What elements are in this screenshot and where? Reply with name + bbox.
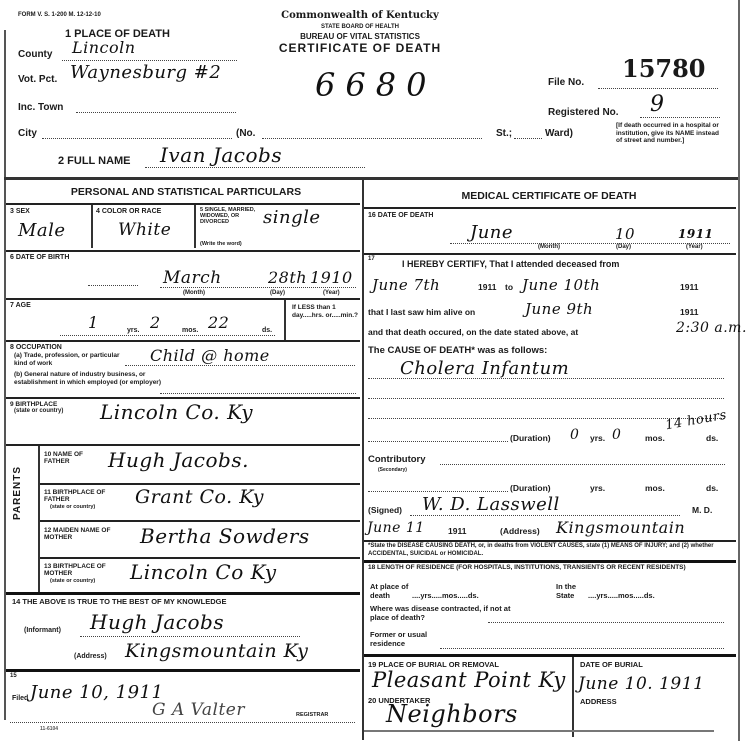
occupation-value: Child @ home <box>150 346 270 365</box>
occupation-a-label: (a) Trade, profession, or particular kin… <box>14 352 124 367</box>
dod-label: 16 DATE OF DEATH <box>368 212 433 219</box>
md-label: M. D. <box>692 505 712 515</box>
registrar-label: REGISTRAR <box>296 712 328 718</box>
age-divider <box>284 300 286 340</box>
father-name-label: 10 NAME OF FATHER <box>44 451 99 465</box>
informant-statement: 14 THE ABOVE IS TRUE TO THE BEST OF MY K… <box>12 597 226 606</box>
dob-month-caption: (Month) <box>183 290 205 296</box>
parents-bottom-line <box>6 592 360 595</box>
dob-label: 6 DATE OF BIRTH <box>10 254 69 261</box>
dob-year: 1910 <box>310 268 353 287</box>
cause-label: The CAUSE OF DEATH* was as follows: <box>368 345 547 356</box>
city-line <box>42 138 232 139</box>
last-saw-date: June 9th <box>525 300 593 318</box>
occupation-b-line <box>160 393 356 394</box>
death-time-text: and that death occured, on the date stat… <box>368 327 578 337</box>
occupation-label: 8 OCCUPATION <box>10 344 62 351</box>
sex-value: Male <box>18 220 66 241</box>
less-than-day-label: If LESS than 1 day.....hrs. or.....min.? <box>292 304 358 320</box>
contributory-line <box>440 464 725 465</box>
left-border <box>4 30 6 720</box>
inc-town-line <box>76 112 236 113</box>
father-birthplace-label: 11 BIRTHPLACE OF FATHER <box>44 489 114 503</box>
dob-line <box>160 287 356 288</box>
race-value: White <box>118 220 171 240</box>
burial-divider <box>572 657 574 737</box>
ward-line <box>514 138 542 139</box>
duration-pre-line <box>368 441 508 442</box>
registrar-signature: G A Valter <box>152 700 245 720</box>
age-label: 7 AGE <box>10 302 31 309</box>
contracted-label: Where was disease contracted, if not at … <box>370 604 530 622</box>
registered-no-line <box>640 117 720 118</box>
marital-label: 5 SINGLE, MARRIED, WIDOWED, OR DIVORCED <box>200 207 260 225</box>
no-label: (No. <box>236 128 255 139</box>
cause-line-1 <box>368 378 724 379</box>
in-state-fields: ....yrs.....mos.....ds. <box>588 591 655 600</box>
board-title: STATE BOARD OF HEALTH <box>265 24 455 30</box>
signed-value: W. D. Lasswell <box>422 494 560 515</box>
dob-day-caption: (Day) <box>270 290 285 296</box>
death-time: 2:30 a.m. <box>676 320 747 336</box>
header-divider <box>4 177 738 180</box>
mother-birthplace-sub: (state or country) <box>50 578 95 584</box>
file-no-label: File No. <box>548 77 584 88</box>
certificate-number: 6680 <box>315 66 436 104</box>
father-name-value: Hugh Jacobs. <box>108 448 249 472</box>
row-line-5 <box>6 444 360 446</box>
former-residence-line <box>440 648 724 649</box>
burial-address-label: ADDRESS <box>580 697 617 706</box>
marital-value: single <box>263 207 321 228</box>
county-value: Lincoln <box>72 38 136 57</box>
cause-value: Cholera Infantum <box>400 358 569 379</box>
certify-text: I HEREBY CERTIFY, That I attended deceas… <box>402 259 619 269</box>
occupation-b-label: (b) General nature of industry business,… <box>14 371 164 386</box>
header-title-block: Commonwealth of Kentucky STATE BOARD OF … <box>265 10 455 55</box>
row-line-4 <box>6 397 360 399</box>
signed-label: (Signed) <box>368 505 402 515</box>
race-label: 4 COLOR OR RACE <box>96 208 161 215</box>
duration2-pre-line <box>368 491 508 492</box>
age-yrs-label: yrs. <box>127 327 139 334</box>
informant-value: Hugh Jacobs <box>90 610 224 634</box>
parents-side-label: PARENTS <box>12 466 23 520</box>
dod-bottom-line <box>364 253 736 255</box>
father-birthplace-sub: (state or country) <box>50 504 95 510</box>
mother-name-value: Bertha Sowders <box>140 524 310 548</box>
age-mos-label: mos. <box>182 327 198 334</box>
duration-label: (Duration) <box>510 433 551 443</box>
registered-no-label: Registered No. <box>548 107 619 118</box>
age-months: 2 <box>150 313 161 332</box>
informant-address-value: Kingsmountain Ky <box>125 640 308 662</box>
medical-heading: MEDICAL CERTIFICATE OF DEATH <box>366 190 732 202</box>
age-line <box>60 335 275 336</box>
duration-ds-label: ds. <box>706 433 718 443</box>
birthplace-value: Lincoln Co. Ky <box>100 400 253 424</box>
personal-heading: PERSONAL AND STATISTICAL PARTICULARS <box>14 186 358 198</box>
mother-birthplace-label: 13 BIRTHPLACE OF MOTHER <box>44 563 114 577</box>
occupation-line <box>125 365 355 366</box>
dob-month: March <box>163 268 222 288</box>
registrar-line <box>10 722 355 723</box>
mother-birthplace-value: Lincoln Co Ky <box>130 560 277 584</box>
dod-year: 1911 <box>678 227 713 241</box>
inc-town-label: Inc. Town <box>18 102 63 113</box>
signed-date: June 11 <box>367 520 425 536</box>
signed-line <box>410 515 680 516</box>
vot-pct-label: Vot. Pct. <box>18 74 57 85</box>
file-no-line <box>598 88 718 89</box>
right-border <box>738 0 740 741</box>
medical-address-label: (Address) <box>500 526 540 536</box>
residence-label: 18 LENGTH OF RESIDENCE (FOR HOSPITALS, I… <box>368 564 728 572</box>
certify-number: 17 <box>368 256 375 262</box>
parents-divider <box>38 446 40 592</box>
duration2-ds-label: ds. <box>706 483 718 493</box>
mother-line <box>40 557 360 559</box>
row-line-3 <box>6 340 360 342</box>
filed-date: June 10, 1911 <box>30 682 163 703</box>
medical-heading-line <box>364 207 736 209</box>
secondary-label: (Secondary) <box>378 467 407 473</box>
footnote-bottom-line <box>364 560 736 563</box>
registered-number: 9 <box>650 92 665 117</box>
duration-years: 0 <box>570 427 579 443</box>
from-year: 1911 <box>478 282 496 292</box>
duration-yrs-label: yrs. <box>590 433 605 443</box>
full-name-label: 2 FULL NAME <box>58 155 131 167</box>
full-name-value: Ivan Jacobs <box>160 143 282 167</box>
last-saw-text: that I last saw him alive on <box>368 307 475 317</box>
burial-bottom-line <box>364 730 714 732</box>
burial-date-value: June 10. 1911 <box>578 674 704 694</box>
dod-month: June <box>470 222 513 243</box>
signed-year: 1911 <box>448 526 466 536</box>
informant-address-label: (Address) <box>74 653 107 660</box>
certificate-title: CERTIFICATE OF DEATH <box>265 41 455 55</box>
residence-bottom-line <box>364 654 736 657</box>
race-divider <box>194 205 196 248</box>
filing-number: 15 <box>10 673 17 679</box>
duration-mos-label: mos. <box>645 433 665 443</box>
form-number: FORM V. S. 1-200 M. 12-12-10 <box>18 12 101 18</box>
county-line <box>62 60 237 61</box>
medical-address-value: Kingsmountain <box>556 518 685 537</box>
last-saw-year: 1911 <box>680 307 698 317</box>
duration-days: 14 hours <box>664 408 728 434</box>
street-line <box>262 138 482 139</box>
at-place-fields: ....yrs.....mos.....ds. <box>412 591 479 600</box>
contracted-line <box>488 622 724 623</box>
file-number: 15780 <box>622 54 706 83</box>
duration2-mos-label: mos. <box>645 483 665 493</box>
ward-label: Ward) <box>545 128 573 139</box>
age-ds-label: ds. <box>262 327 272 334</box>
birthplace-sub: (state or country) <box>14 408 63 414</box>
burial-place-value: Pleasant Point Ky <box>372 668 566 692</box>
dob-pre-line <box>88 285 138 286</box>
commonwealth-title: Commonwealth of Kentucky <box>265 10 455 21</box>
filed-label: Filed <box>12 695 28 702</box>
informant-bottom-line <box>6 669 360 672</box>
former-residence-label: Former or usual residence <box>370 630 450 648</box>
at-place-label: At place of death <box>370 582 410 600</box>
attended-from: June 7th <box>372 276 440 294</box>
hospital-note: [If death occurred in a hospital or inst… <box>616 122 720 145</box>
to-year: 1911 <box>680 282 698 292</box>
city-label: City <box>18 128 37 139</box>
duration-months: 0 <box>612 427 621 443</box>
contributory-label: Contributory <box>368 454 426 465</box>
informant-label: (Informant) <box>24 627 61 634</box>
duration2-label: (Duration) <box>510 483 551 493</box>
burial-date-label: DATE OF BURIAL <box>580 660 643 669</box>
dod-month-caption: (Month) <box>538 244 560 250</box>
bureau-title: BUREAU OF VITAL STATISTICS <box>265 32 455 41</box>
row-line-1 <box>6 250 360 252</box>
father-bp-line <box>40 520 360 522</box>
footer-code: 11-6104 <box>40 726 58 732</box>
age-days: 22 <box>208 313 229 332</box>
dod-day-caption: (Day) <box>616 244 631 250</box>
to-label: to <box>505 282 513 292</box>
birthplace-label: 9 BIRTHPLACE <box>10 401 57 408</box>
dod-day: 10 <box>615 225 635 243</box>
st-label: St.; <box>496 128 512 139</box>
undertaker-value: Neighbors <box>386 700 518 728</box>
father-birthplace-value: Grant Co. Ky <box>135 486 264 508</box>
vot-pct-value: Waynesburg #2 <box>70 62 221 83</box>
sex-label: 3 SEX <box>10 208 30 215</box>
cause-line-2 <box>368 398 724 399</box>
full-name-line <box>145 167 365 168</box>
marital-sub: (Write the word) <box>200 241 242 247</box>
dob-day: 28th <box>268 268 307 287</box>
personal-heading-line <box>6 203 360 205</box>
duration2-yrs-label: yrs. <box>590 483 605 493</box>
row-line-2 <box>6 298 360 300</box>
footnote: *State the DISEASE CAUSING DEATH, or, in… <box>368 542 728 558</box>
attended-to: June 10th <box>522 276 600 294</box>
dob-year-caption: (Year) <box>323 290 340 296</box>
mother-name-label: 12 MAIDEN NAME OF MOTHER <box>44 527 124 541</box>
dod-year-caption: (Year) <box>686 244 703 250</box>
age-years: 1 <box>88 313 99 332</box>
county-label: County <box>18 49 52 60</box>
sex-divider <box>91 205 93 248</box>
informant-line <box>80 636 300 637</box>
father-line <box>40 483 360 485</box>
